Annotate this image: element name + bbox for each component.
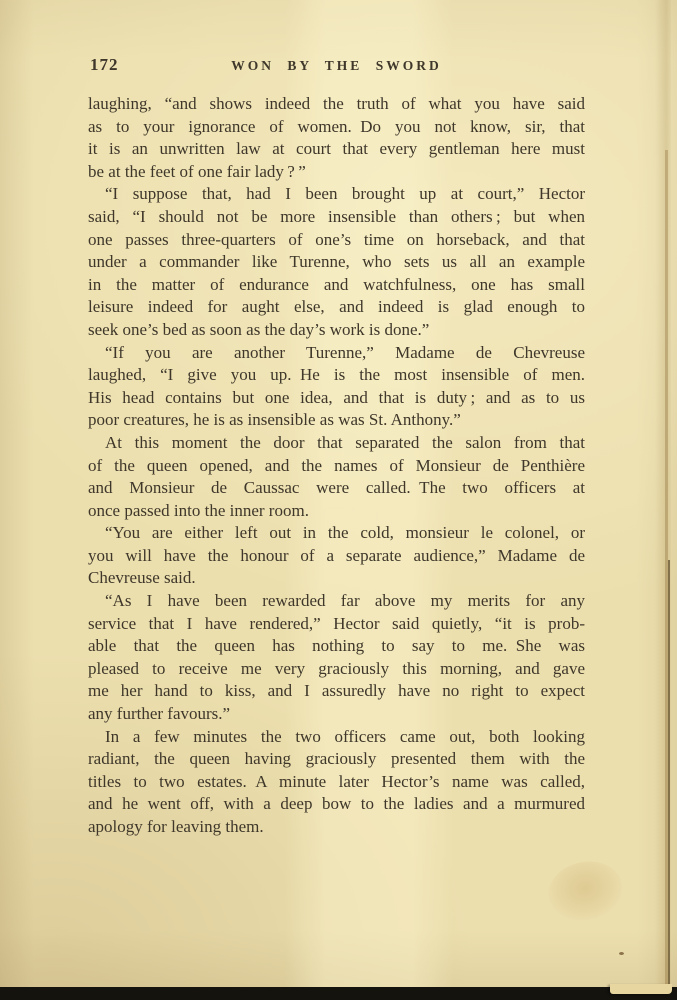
text-line: said, “I should not be more insensible t… (88, 206, 585, 229)
page-scan: 172 WON BY THE SWORD laughing, “and show… (0, 0, 677, 1000)
text-line: and Monsieur de Caussac were called. The… (88, 477, 585, 500)
text-line: radiant, the queen having graciously pre… (88, 748, 585, 771)
text-line: and he went off, with a deep bow to the … (88, 793, 585, 816)
scanner-background-bottom (0, 987, 677, 1000)
text-line: as to your ignorance of women. Do you no… (88, 116, 585, 139)
page-edge-line-dark (668, 560, 670, 995)
text-line: At this moment the door that separated t… (88, 432, 585, 455)
text-line: me her hand to kiss, and I assuredly hav… (88, 680, 585, 703)
text-line: pleased to receive me very graciously th… (88, 658, 585, 681)
text-line: service that I have rendered,” Hector sa… (88, 613, 585, 636)
text-line: In a few minutes the two officers came o… (88, 726, 585, 749)
text-line: Chevreuse said. (88, 567, 585, 590)
text-line: His head contains but one idea, and that… (88, 387, 585, 410)
text-line: once passed into the inner room. (88, 500, 585, 523)
text-line: “As I have been rewarded far above my me… (88, 590, 585, 613)
text-line: in the matter of endurance and watchfuln… (88, 274, 585, 297)
text-line: laughed, “I give you up. He is the most … (88, 364, 585, 387)
text-line: be at the feet of one fair lady ? ” (88, 161, 585, 184)
text-line: seek one’s bed as soon as the day’s work… (88, 319, 585, 342)
dust-speck (619, 952, 624, 955)
text-line: any further favours.” (88, 703, 585, 726)
text-line: “If you are another Turenne,” Madame de … (88, 342, 585, 365)
text-line: “I suppose that, had I been brought up a… (88, 183, 585, 206)
page-bottom-corner (610, 984, 672, 994)
text-line: of the queen opened, and the names of Mo… (88, 455, 585, 478)
text-line: under a commander like Turenne, who sets… (88, 251, 585, 274)
text-line: able that the queen has nothing to say t… (88, 635, 585, 658)
text-line: leisure indeed for aught else, and indee… (88, 296, 585, 319)
text-line: it is an unwritten law at court that eve… (88, 138, 585, 161)
text-line: apology for leaving them. (88, 816, 585, 839)
text-line: “You are either left out in the cold, mo… (88, 522, 585, 545)
text-line: titles to two estates. A minute later He… (88, 771, 585, 794)
body-text: laughing, “and shows indeed the truth of… (88, 93, 585, 839)
text-line: you will have the honour of a separate a… (88, 545, 585, 568)
text-line: poor creatures, he is as insensible as w… (88, 409, 585, 432)
text-line: laughing, “and shows indeed the truth of… (88, 93, 585, 116)
running-title: WON BY THE SWORD (88, 58, 585, 74)
text-line: one passes three-quarters of one’s time … (88, 229, 585, 252)
